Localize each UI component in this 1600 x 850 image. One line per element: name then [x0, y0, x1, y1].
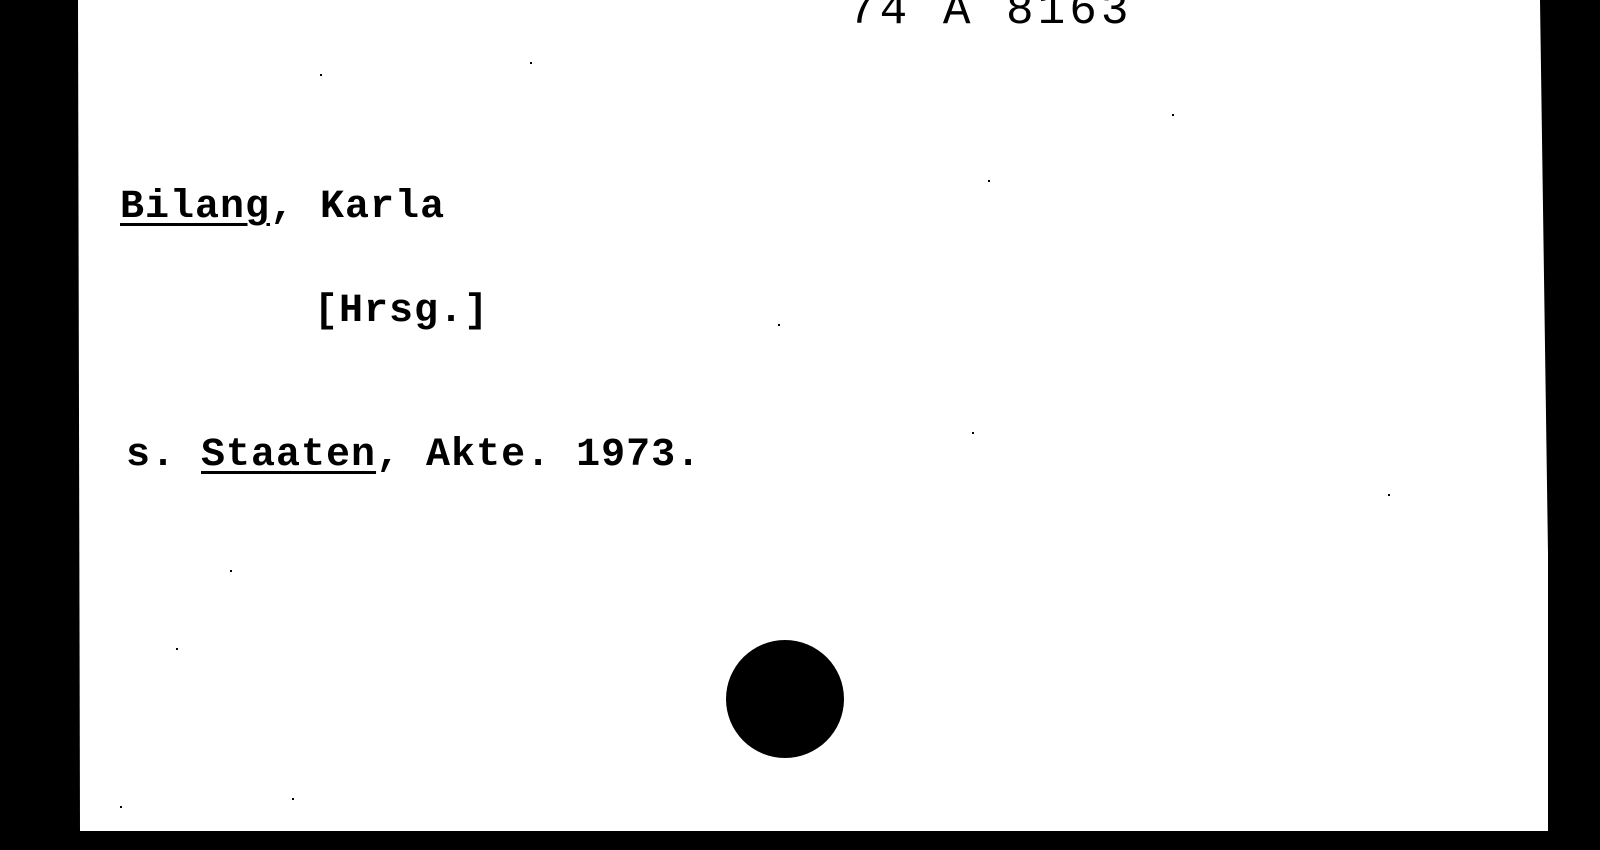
see-reference: s. Staaten, Akte. 1973. [126, 436, 701, 476]
punch-hole [726, 640, 844, 758]
dust-speck [972, 432, 974, 434]
dust-speck [230, 570, 232, 572]
call-number: 74 A 8163 [848, 0, 1132, 34]
dust-speck [1388, 494, 1390, 496]
dust-speck [120, 806, 122, 808]
dust-speck [988, 180, 990, 182]
author-role: [Hrsg.] [314, 292, 489, 332]
dust-speck [320, 74, 322, 76]
author-surname: Bilang [120, 185, 270, 230]
dust-speck [778, 324, 780, 326]
see-rest: , Akte. 1973. [376, 433, 701, 478]
dust-speck [292, 798, 294, 800]
author-heading: Bilang, Karla [120, 188, 445, 228]
catalog-card: 74 A 8163 Bilang, Karla [Hrsg.] s. Staat… [78, 0, 1548, 831]
author-forename: Karla [320, 185, 445, 230]
see-prefix: s. [126, 433, 201, 478]
see-title-word: Staaten [201, 433, 376, 478]
dust-speck [1172, 114, 1174, 116]
dust-speck [176, 648, 178, 650]
scanned-card-image: 74 A 8163 Bilang, Karla [Hrsg.] s. Staat… [0, 0, 1600, 850]
author-separator: , [270, 185, 320, 230]
dust-speck [530, 62, 532, 64]
